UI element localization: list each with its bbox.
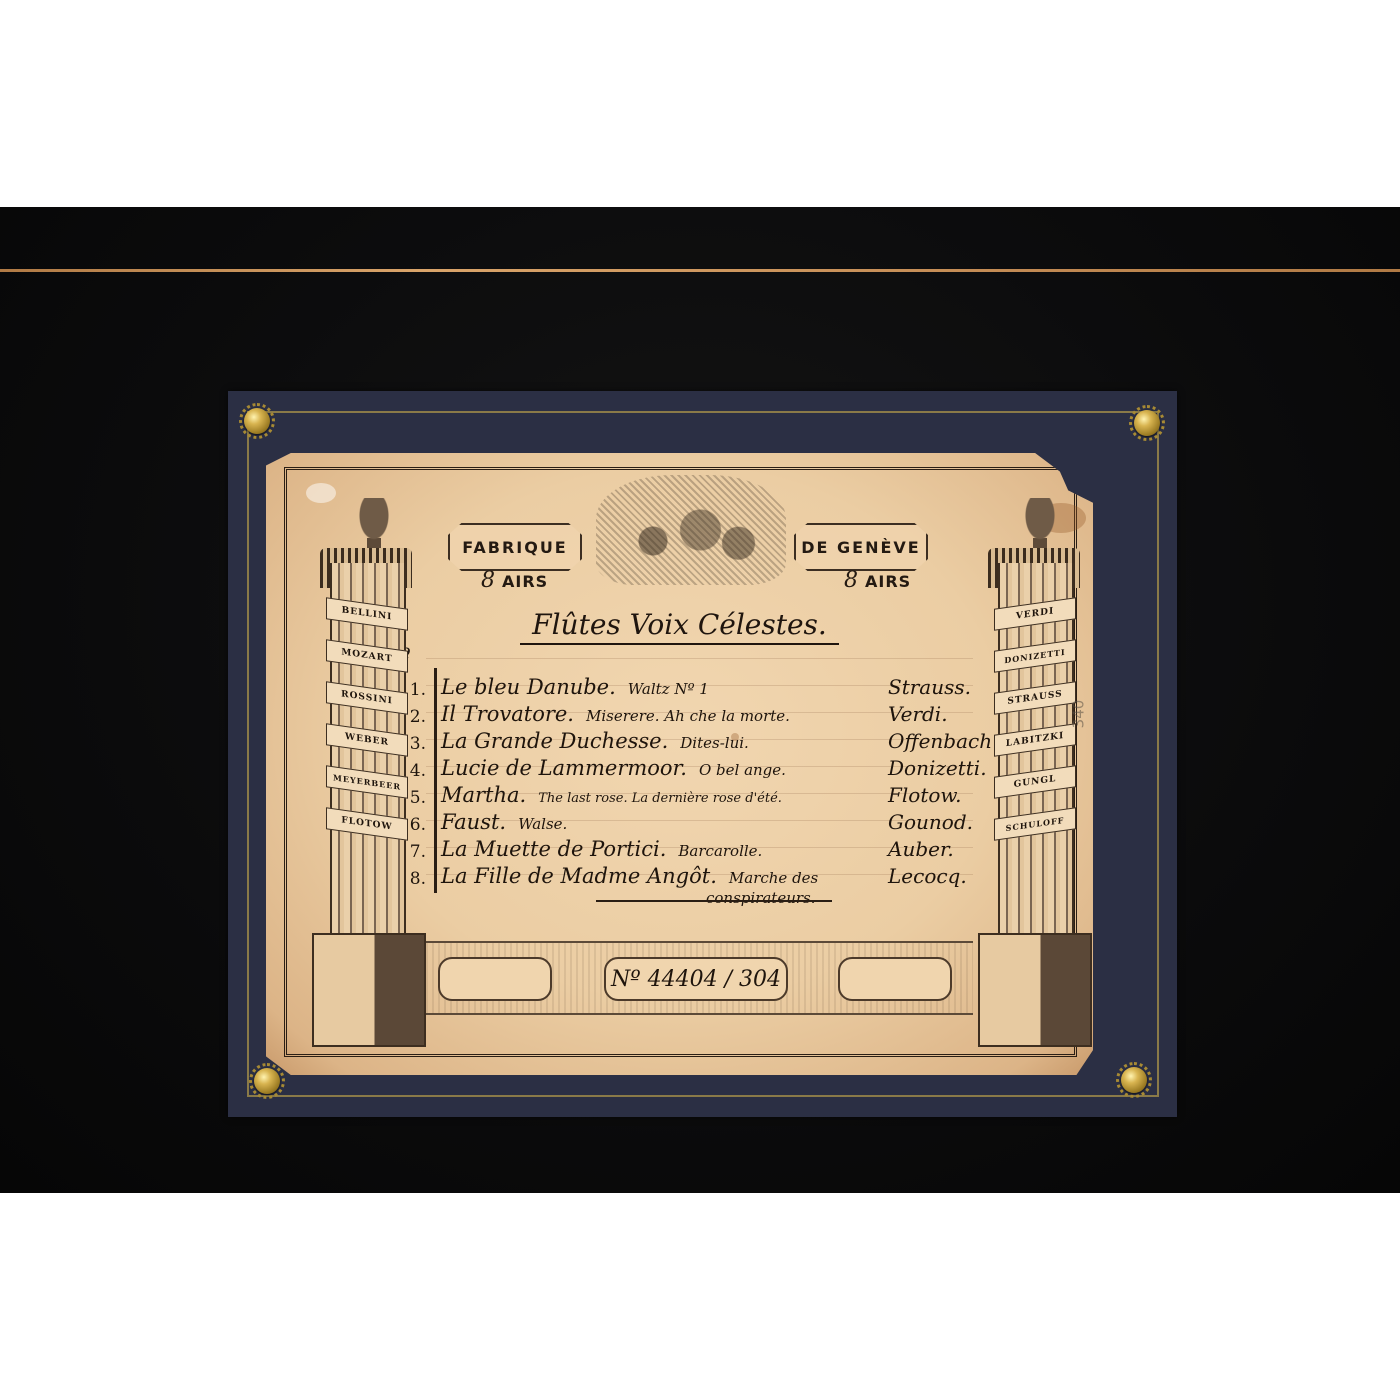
airs-count-right: 8AIRS	[844, 568, 911, 593]
composer-ribbon: MEYERBEER	[326, 765, 408, 799]
musical-instruments-ornament	[596, 475, 786, 585]
composer-ribbon: VERDI	[994, 597, 1076, 631]
brass-tack-icon	[1121, 1067, 1147, 1093]
composer-ribbon: MOZART	[326, 639, 408, 673]
composer-ribbon: STRAUSS	[994, 681, 1076, 715]
closing-rule	[596, 900, 832, 902]
right-column: VERDI DONIZETTI STRAUSS LABITZKI GUNGL S…	[998, 563, 1074, 933]
serial-band: Nº 44404 / 304	[426, 941, 973, 1015]
blank-cartouche	[438, 957, 552, 1001]
serial-number: Nº 44404 / 304	[611, 967, 781, 992]
ruled-line	[426, 658, 973, 659]
tune-row: 6. Faust.Walse. Gounod.	[396, 810, 996, 837]
airs-count-left: 8AIRS	[481, 568, 548, 593]
composer-ribbon: WEBER	[326, 723, 408, 757]
left-pedestal	[312, 933, 426, 1047]
composer-ribbon: BELLINI	[326, 597, 408, 631]
composer-ribbon: DONIZETTI	[994, 639, 1076, 673]
urn-ornament-icon	[354, 498, 394, 548]
tune-row: 8. La Fille de Madme Angôt.Marche des Le…	[396, 864, 996, 891]
urn-ornament-icon	[1020, 498, 1060, 548]
brass-tack-icon	[1134, 410, 1160, 436]
tune-card: FABRIQUE DE GENÈVE 8AIRS 8AIRS Flûtes Vo…	[266, 453, 1093, 1075]
tune-row: 4. Lucie de Lammermoor.O bel ange. Doniz…	[396, 756, 996, 783]
brass-inlay-line	[0, 269, 1400, 272]
composer-ribbon: ROSSINI	[326, 681, 408, 715]
composer-ribbon: LABITZKI	[994, 723, 1076, 757]
brass-tack-icon	[254, 1068, 280, 1094]
composer-ribbon: GUNGL	[994, 765, 1076, 799]
pencil-annotation: 340	[1069, 700, 1087, 729]
brass-tack-icon	[244, 408, 270, 434]
header-fabrique: FABRIQUE	[448, 523, 582, 571]
tune-row: 2. Il Trovatore.Miserere. Ah che la mort…	[396, 702, 996, 729]
composer-ribbon: SCHULOFF	[994, 807, 1076, 841]
header-de-geneve: DE GENÈVE	[794, 523, 928, 571]
composer-ribbon: FLOTOW	[326, 807, 408, 841]
tune-row: 5. Martha.The last rose. La dernière ros…	[396, 783, 996, 810]
tune-list: 1. Le bleu Danube.Waltz Nº 1 Strauss. 2.…	[396, 675, 996, 891]
tune-row: 7. La Muette de Portici.Barcarolle. Aube…	[396, 837, 996, 864]
left-column: BELLINI MOZART ROSSINI WEBER MEYERBEER F…	[330, 563, 406, 933]
blank-cartouche	[838, 957, 952, 1001]
tune-row: 3. La Grande Duchesse.Dites-lui. Offenba…	[396, 729, 996, 756]
paper-damage	[306, 483, 336, 503]
serial-cartouche: Nº 44404 / 304	[604, 957, 788, 1001]
right-pedestal	[978, 933, 1092, 1047]
tune-row: 1. Le bleu Danube.Waltz Nº 1 Strauss.	[396, 675, 996, 702]
